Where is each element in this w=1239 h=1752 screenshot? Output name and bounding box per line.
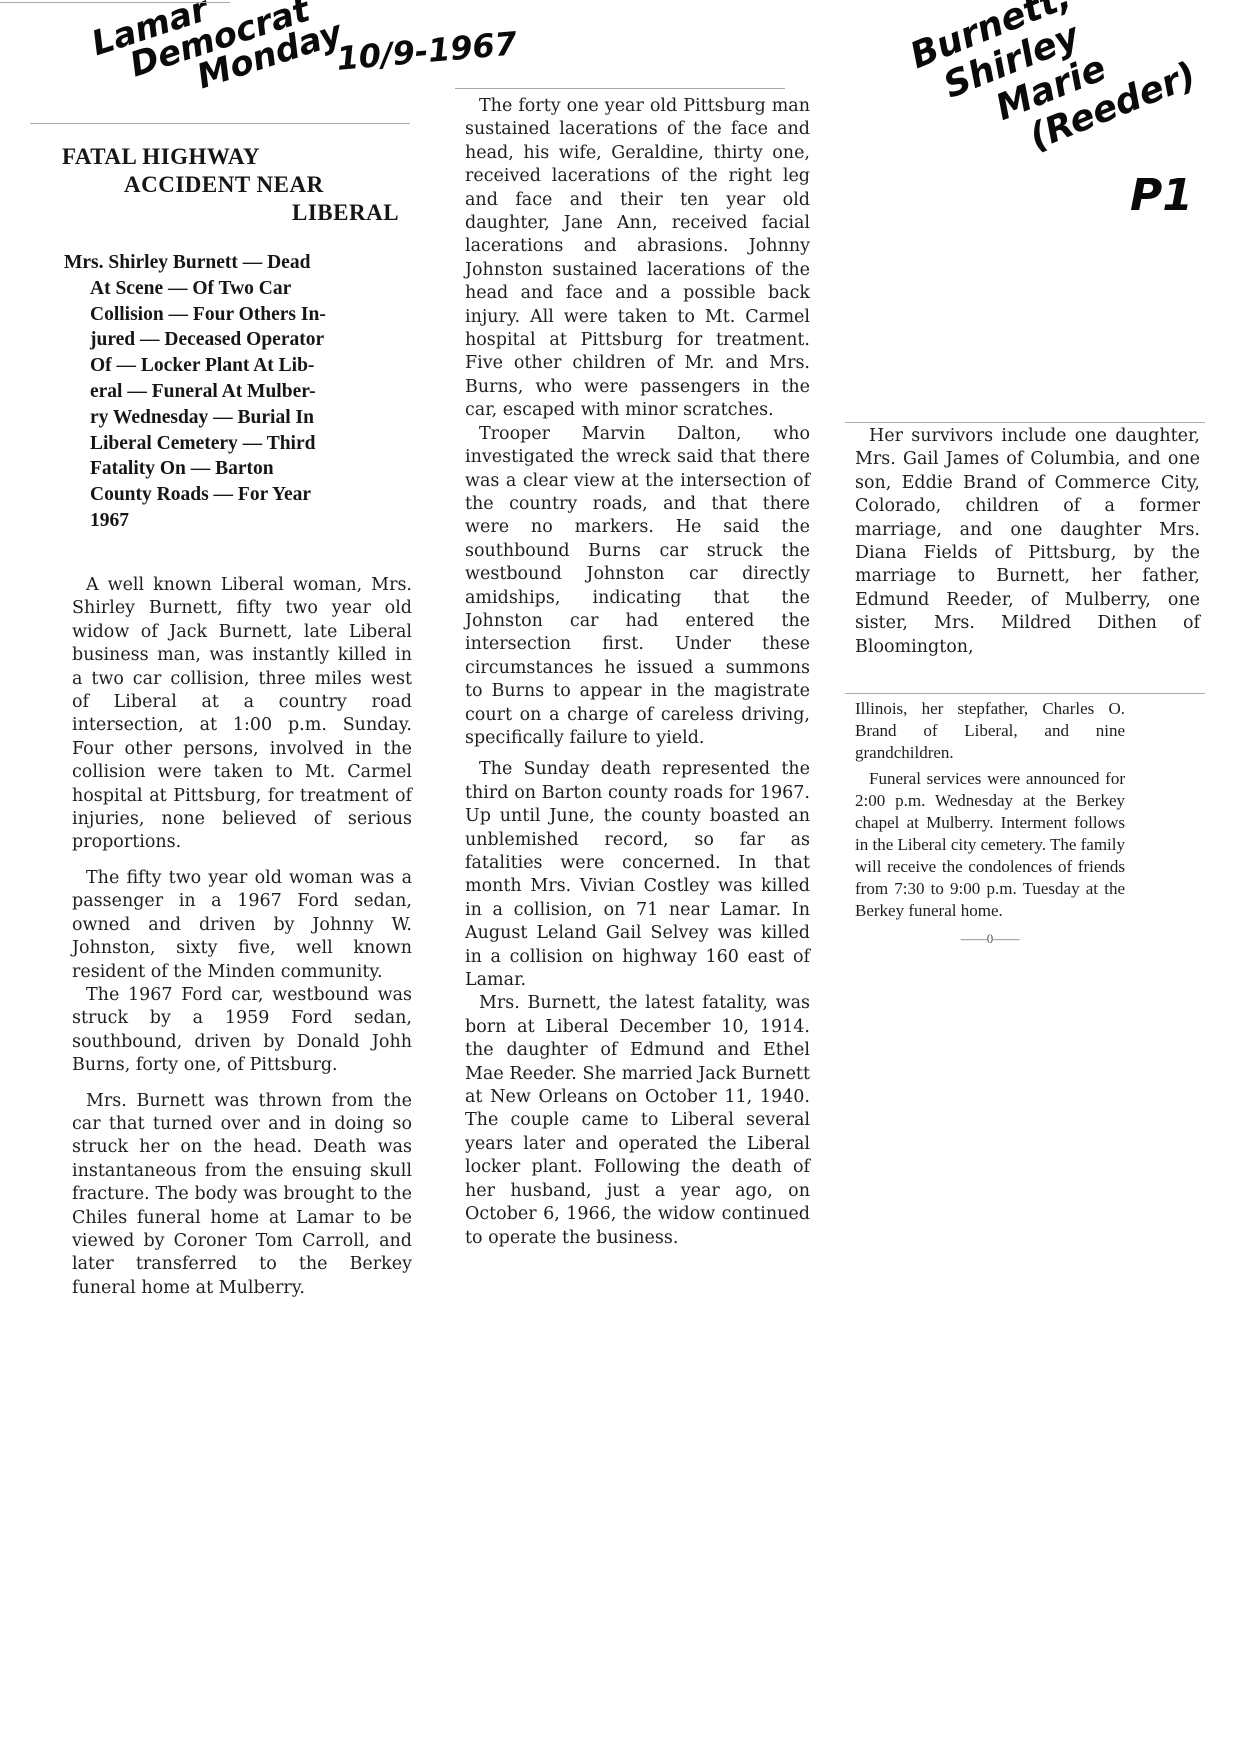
paragraph: The forty one year old Pittsburg man sus… <box>465 95 810 423</box>
deck-line: Liberal Cemetery — Third <box>64 431 414 457</box>
article-column-3-continued: Illinois, her stepfather, Charles O. Bra… <box>855 698 1125 950</box>
clip-edge-left-col <box>30 123 410 124</box>
clip-edge-mid-col <box>455 88 785 89</box>
clip-edge-right-col-2 <box>845 693 1205 694</box>
article-headline: FATAL HIGHWAY ACCIDENT NEAR LIBERAL <box>62 143 412 227</box>
paragraph: Her survivors include one daughter, Mrs.… <box>855 425 1200 659</box>
deck-line: 1967 <box>64 508 414 534</box>
paragraph: The fifty two year old woman was a passe… <box>72 867 412 984</box>
paragraph: Mrs. Burnett was thrown from the car tha… <box>72 1090 412 1301</box>
deck-line: Collision — Four Others In- <box>64 302 414 328</box>
paragraph: The 1967 Ford car, westbound was struck … <box>72 984 412 1078</box>
deck-line: Mrs. Shirley Burnett — Dead <box>64 250 414 276</box>
article-column-1: A well known Liberal woman, Mrs. Shirley… <box>72 574 412 1300</box>
deck-line: ry Wednesday — Burial In <box>64 405 414 431</box>
headline-line3: LIBERAL <box>62 199 412 227</box>
handwritten-source: Lamar Democrat Monday <box>88 0 346 121</box>
paragraph: A well known Liberal woman, Mrs. Shirley… <box>72 574 412 855</box>
paragraph: Mrs. Burnett, the latest fatality, was b… <box>465 992 810 1249</box>
headline-line2: ACCIDENT NEAR <box>62 171 412 199</box>
headline-line1: FATAL HIGHWAY <box>62 143 412 171</box>
deck-line: eral — Funeral At Mulber- <box>64 379 414 405</box>
deck-line: Of — Locker Plant At Lib- <box>64 353 414 379</box>
deck-line: At Scene — Of Two Car <box>64 276 414 302</box>
article-column-3: Her survivors include one daughter, Mrs.… <box>855 425 1200 659</box>
clip-edge-top-left <box>0 2 230 3</box>
handwritten-date: 10/9-1967 <box>335 24 518 78</box>
article-column-2: The forty one year old Pittsburg man sus… <box>465 95 810 1250</box>
paragraph: Trooper Marvin Dalton, who investigated … <box>465 423 810 751</box>
paragraph: Illinois, her stepfather, Charles O. Bra… <box>855 698 1125 764</box>
paragraph: Funeral services were announced for 2:00… <box>855 768 1125 922</box>
deck-line: County Roads — For Year <box>64 482 414 508</box>
handwritten-name: Burnett, Shirley Marie (Reeder) <box>905 0 1202 188</box>
handwritten-page: P1 <box>1130 170 1193 221</box>
clip-edge-right-col <box>845 422 1205 423</box>
paragraph: The Sunday death represented the third o… <box>465 758 810 992</box>
article-deck: Mrs. Shirley Burnett — Dead At Scene — O… <box>64 250 414 534</box>
deck-line: jured — Deceased Operator <box>64 327 414 353</box>
deck-line: Fatality On — Barton <box>64 456 414 482</box>
end-mark: ——0—— <box>855 928 1125 950</box>
